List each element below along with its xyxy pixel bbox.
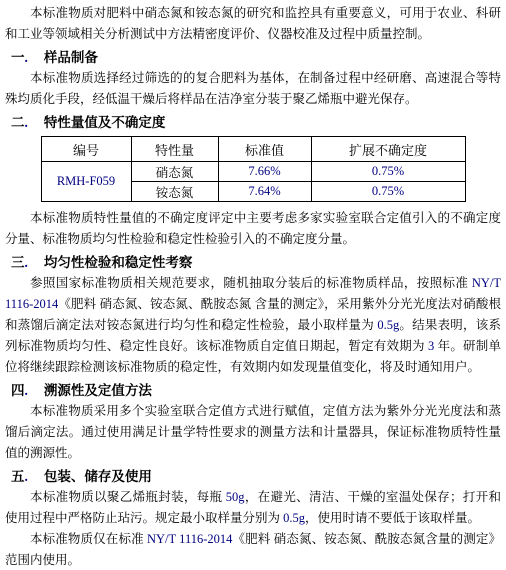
section-5-text-cn: 本标准物质以聚乙烯瓶封装，每瓶 — [30, 490, 226, 504]
section-5-title: 包装、储存及使用 — [44, 469, 152, 484]
section-5-text-cn: ，使用时请不要低于该取样量。 — [305, 511, 480, 525]
section-4-number-dot: . — [25, 383, 28, 398]
min-sample-amount: 0.5g — [283, 511, 305, 525]
uncertainty-cell: 0.75% — [311, 182, 465, 202]
certificate-document: 本标准物质对肥料中硝态氮和铵态氮的研究和监控具有重要意义，可用于农业、科研和工业… — [0, 0, 506, 570]
section-1-paragraph: 本标准物质选择经过筛选的的复合肥料为基体，在制备过程中经研磨、高速混合等特殊均质… — [5, 68, 501, 110]
table-header-uncertainty: 扩展不确定度 — [311, 137, 465, 162]
section-5-number-dot: . — [25, 469, 28, 484]
section-5-paragraph-1: 本标准物质以聚乙烯瓶封装，每瓶 50g，在避光、清洁、干燥的室温处保存；打开和使… — [5, 487, 501, 529]
table-header-property: 特性量 — [131, 137, 218, 162]
section-1-number: 一 — [11, 50, 25, 65]
section-5-heading: 五.包装、储存及使用 — [5, 467, 501, 486]
table-header-row: 编号 特性量 标准值 扩展不确定度 — [41, 137, 465, 162]
section-3-heading: 三.均匀性检验和稳定性考察 — [5, 253, 501, 272]
section-1-heading: 一.样品制备 — [5, 48, 501, 67]
section-2-number-dot: . — [25, 115, 28, 130]
section-1-number-dot: . — [25, 50, 28, 65]
section-4-heading: 四.溯源性及定值方法 — [5, 381, 501, 400]
section-2-number: 二 — [11, 115, 25, 130]
value-cell: 7.64% — [218, 182, 311, 202]
property-cell: 硝态氮 — [131, 162, 218, 182]
sample-id-cell: RMH-F059 — [41, 162, 131, 202]
intro-paragraph: 本标准物质对肥料中硝态氮和铵态氮的研究和监控具有重要意义，可用于农业、科研和工业… — [5, 3, 501, 45]
min-sample-amount: 0.5g — [377, 318, 399, 332]
property-cell: 铵态氮 — [131, 182, 218, 202]
section-4-text: 本标准物质采用多个实验室联合定值方式进行赋值，定值方法为紫外分光光度法和蒸馏后滴… — [5, 404, 501, 460]
uncertainty-cell: 0.75% — [311, 162, 465, 182]
section-3-title: 均匀性检验和稳定性考察 — [44, 255, 193, 270]
section-3-text-cn: 参照国家标准物质相关规范要求，随机抽取分装后的标准物质样品，按照标准 — [30, 276, 472, 290]
section-4-title: 溯源性及定值方法 — [44, 383, 152, 398]
section-2-title: 特性量值及不确定度 — [44, 115, 166, 130]
section-4-number: 四 — [11, 383, 25, 398]
standard-number-reference: NY/T 1116-2014 — [147, 532, 232, 546]
section-4-paragraph: 本标准物质采用多个实验室联合定值方式进行赋值，定值方法为紫外分光光度法和蒸馏后滴… — [5, 401, 501, 464]
section-3-number: 三 — [11, 255, 25, 270]
table-row: RMH-F059 硝态氮 7.66% 0.75% — [41, 162, 465, 182]
section-1-text: 本标准物质选择经过筛选的的复合肥料为基体，在制备过程中经研磨、高速混合等特殊均质… — [5, 71, 501, 106]
section-2-paragraph: 本标准物质特性量值的不确定度评定中主要考虑多家实验室联合定值引入的不确定度分量、… — [5, 208, 501, 250]
section-5-paragraph-2: 本标准物质仅在标准 NY/T 1116-2014《肥料 硝态氮、铵态氮、酰胺态氮… — [5, 529, 501, 570]
intro-text: 本标准物质对肥料中硝态氮和铵态氮的研究和监控具有重要意义，可用于农业、科研和工业… — [5, 6, 501, 41]
table-header-id: 编号 — [41, 137, 131, 162]
table-header-standard-value: 标准值 — [218, 137, 311, 162]
section-3-paragraph: 参照国家标准物质相关规范要求，随机抽取分装后的标准物质样品，按照标准 NY/T … — [5, 273, 501, 378]
bottle-amount: 50g — [226, 490, 245, 504]
section-3-number-dot: . — [25, 255, 28, 270]
property-value-table: 编号 特性量 标准值 扩展不确定度 RMH-F059 硝态氮 7.66% 0.7… — [41, 136, 466, 202]
section-2-text: 本标准物质特性量值的不确定度评定中主要考虑多家实验室联合定值引入的不确定度分量、… — [5, 211, 501, 246]
section-2-heading: 二.特性量值及不确定度 — [5, 113, 501, 132]
section-1-title: 样品制备 — [44, 50, 98, 65]
value-cell: 7.66% — [218, 162, 311, 182]
section-5-text-cn: 本标准物质仅在标准 — [30, 532, 147, 546]
section-5-number: 五 — [11, 469, 25, 484]
